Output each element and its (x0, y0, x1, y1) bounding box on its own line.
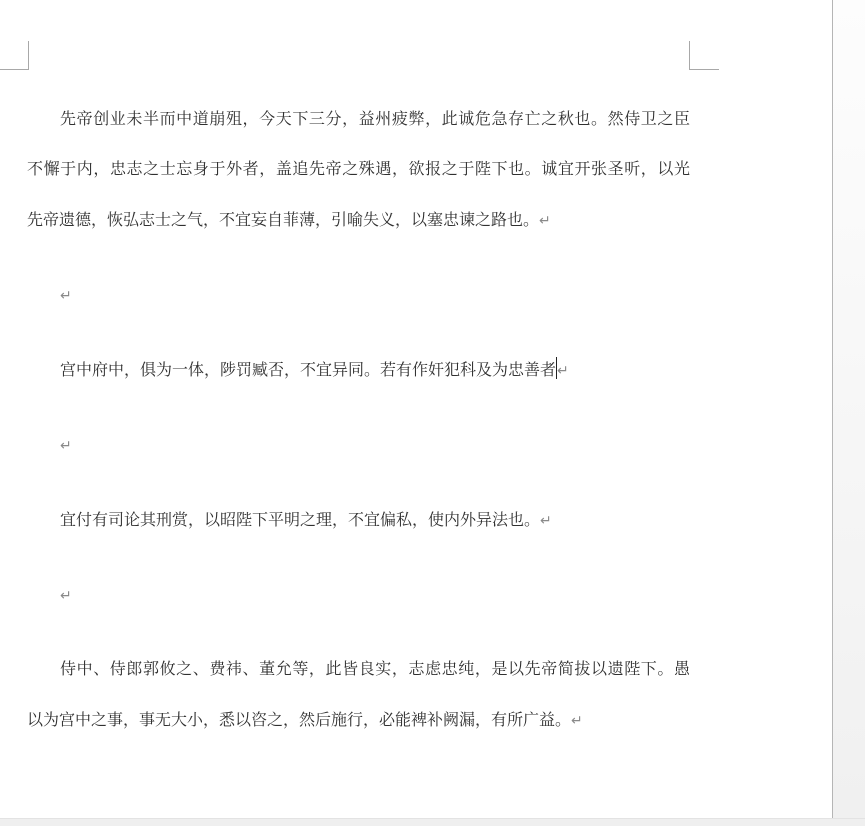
document-text-area[interactable]: 先帝创业未半而中道崩殂，今天下三分，益州疲弊，此诚危急存亡之秋也。然侍卫之臣 不… (27, 95, 690, 745)
line-text: 先帝遗德，恢弘志士之气，不宜妄自菲薄，引喻失义，以塞忠谏之路也。 (27, 212, 539, 229)
paragraph-return-mark: ↵ (571, 712, 583, 728)
paragraph-return-mark: ↵ (557, 362, 569, 378)
paragraph-return-mark: ↵ (540, 512, 552, 528)
editor-viewport: 先帝创业未半而中道崩殂，今天下三分，益州疲弊，此诚危急存亡之秋也。然侍卫之臣 不… (0, 0, 865, 826)
line-text: 侍中、侍郎郭攸之、费祎、董允等，此皆良实，志虑忠纯，是以先帝简拔以遗陛下。愚 (60, 661, 690, 678)
empty-paragraph: ↵ (27, 570, 690, 620)
paragraph: 侍中、侍郎郭攸之、费祎、董允等，此皆良实，志虑忠纯，是以先帝简拔以遗陛下。愚 以… (27, 645, 690, 745)
empty-paragraph: ↵ (27, 270, 690, 320)
paragraph: 先帝创业未半而中道崩殂，今天下三分，益州疲弊，此诚危急存亡之秋也。然侍卫之臣 不… (27, 95, 690, 245)
document-page[interactable]: 先帝创业未半而中道崩殂，今天下三分，益州疲弊，此诚危急存亡之秋也。然侍卫之臣 不… (0, 0, 833, 818)
line-text: 先帝创业未半而中道崩殂，今天下三分，益州疲弊，此诚危急存亡之秋也。然侍卫之臣 (60, 111, 690, 128)
text-line[interactable]: 先帝遗德，恢弘志士之气，不宜妄自菲薄，引喻失义，以塞忠谏之路也。↵ (27, 195, 690, 245)
line-text: 以为宫中之事，事无大小，悉以咨之，然后施行，必能裨补阙漏，有所广益。 (27, 712, 571, 729)
line-text: 不懈于内，忠志之士忘身于外者，盖追先帝之殊遇，欲报之于陛下也。诚宜开张圣听，以光 (27, 161, 690, 178)
text-line[interactable]: 宫中府中，俱为一体，陟罚臧否，不宜异同。若有作奸犯科及为忠善者↵ (27, 345, 690, 395)
line-text: 宫中府中，俱为一体，陟罚臧否，不宜异同。若有作奸犯科及为忠善者 (60, 362, 556, 379)
vertical-scrollbar-track[interactable] (833, 0, 865, 818)
text-line[interactable]: ↵ (27, 570, 690, 620)
bottom-window-strip (0, 818, 865, 826)
paragraph: 宫中府中，俱为一体，陟罚臧否，不宜异同。若有作奸犯科及为忠善者↵ (27, 345, 690, 395)
text-line[interactable]: 先帝创业未半而中道崩殂，今天下三分，益州疲弊，此诚危急存亡之秋也。然侍卫之臣 (27, 95, 690, 145)
text-line[interactable]: ↵ (27, 420, 690, 470)
text-line[interactable]: 不懈于内，忠志之士忘身于外者，盖追先帝之殊遇，欲报之于陛下也。诚宜开张圣听，以光 (27, 145, 690, 195)
paragraph-return-mark: ↵ (539, 212, 551, 228)
text-line[interactable]: 以为宫中之事，事无大小，悉以咨之，然后施行，必能裨补阙漏，有所广益。↵ (27, 695, 690, 745)
text-line[interactable]: ↵ (27, 270, 690, 320)
text-line[interactable]: 侍中、侍郎郭攸之、费祎、董允等，此皆良实，志虑忠纯，是以先帝简拔以遗陛下。愚 (27, 645, 690, 695)
paragraph-return-mark: ↵ (60, 437, 72, 453)
text-line[interactable]: 宜付有司论其刑赏，以昭陛下平明之理，不宜偏私，使内外异法也。↵ (27, 495, 690, 545)
top-left-margin-crop-mark (0, 41, 29, 70)
top-right-margin-crop-mark (689, 41, 719, 70)
line-text: 宜付有司论其刑赏，以昭陛下平明之理，不宜偏私，使内外异法也。 (60, 512, 540, 529)
paragraph-return-mark: ↵ (60, 287, 72, 303)
paragraph: 宜付有司论其刑赏，以昭陛下平明之理，不宜偏私，使内外异法也。↵ (27, 495, 690, 545)
paragraph-return-mark: ↵ (60, 587, 72, 603)
empty-paragraph: ↵ (27, 420, 690, 470)
